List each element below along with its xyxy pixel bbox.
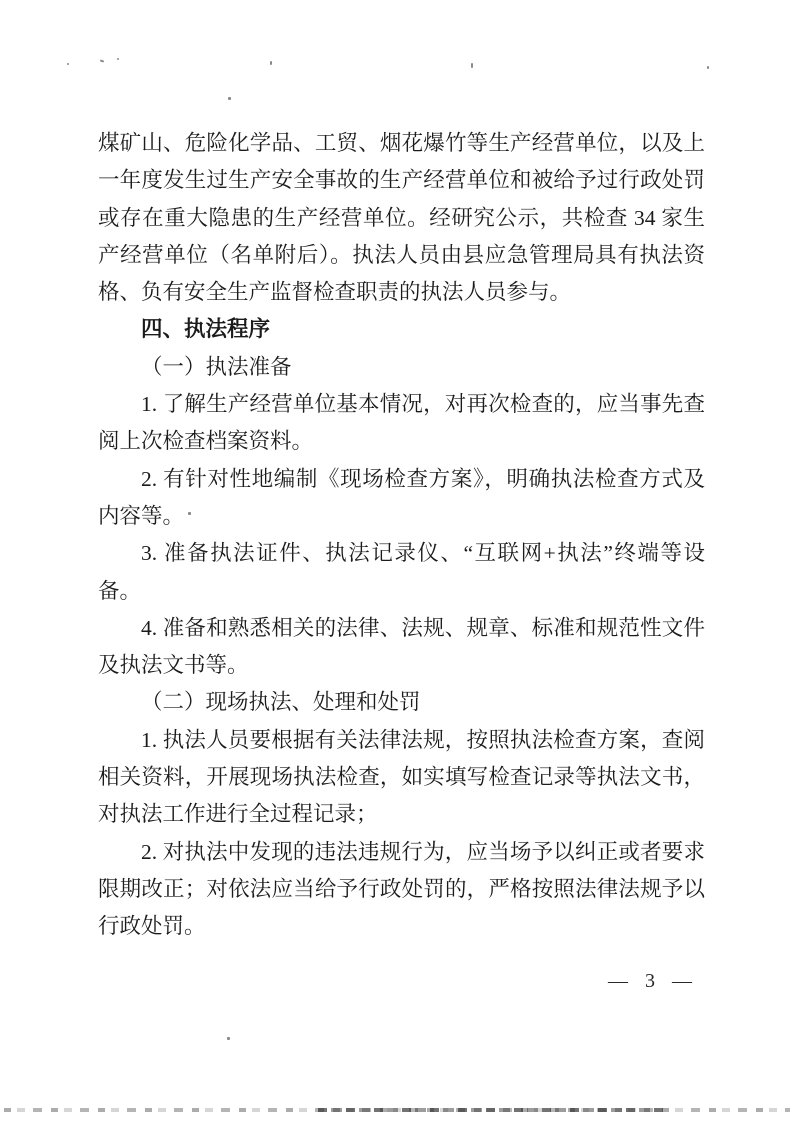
scan-speck bbox=[707, 66, 709, 69]
list-item-onsite-1: 1. 执法人员要根据有关法律法规，按照执法检查方案，查阅相关资料，开展现场执法检… bbox=[98, 722, 705, 834]
list-item-prep-1: 1. 了解生产经营单位基本情况，对再次检查的，应当事先查阅上次检查档案资料。 bbox=[98, 386, 705, 461]
scan-speck bbox=[188, 512, 191, 515]
page-number: — 3 — bbox=[608, 970, 693, 993]
scan-noise-line-dark bbox=[318, 1108, 663, 1112]
scan-speck bbox=[270, 61, 272, 65]
scan-speck bbox=[227, 1037, 230, 1040]
list-item-onsite-2: 2. 对执法中发现的违法违规行为，应当场予以纠正或者要求限期改正；对依法应当给予… bbox=[98, 834, 705, 946]
scan-speck bbox=[67, 63, 69, 65]
scan-speck bbox=[117, 58, 119, 60]
document-body: 煤矿山、危险化学品、工贸、烟花爆竹等生产经营单位，以及上一年度发生过生产安全事故… bbox=[98, 125, 705, 946]
list-item-prep-3: 3. 准备执法证件、执法记录仪、“互联网+执法”终端等设备。 bbox=[98, 535, 705, 610]
list-item-prep-4: 4. 准备和熟悉相关的法律、法规、规章、标准和规范性文件及执法文书等。 bbox=[98, 610, 705, 685]
paragraph-continuation: 煤矿山、危险化学品、工贸、烟花爆竹等生产经营单位，以及上一年度发生过生产安全事故… bbox=[98, 125, 705, 311]
scan-speck bbox=[471, 63, 473, 68]
scan-speck bbox=[228, 97, 231, 100]
subsection-heading-onsite-enforcement: （二）现场执法、处理和处罚 bbox=[98, 684, 705, 721]
subsection-heading-preparation: （一）执法准备 bbox=[98, 349, 705, 386]
section-heading-enforcement-procedure: 四、执法程序 bbox=[98, 311, 705, 348]
scan-speck bbox=[100, 59, 104, 62]
list-item-prep-2: 2. 有针对性地编制《现场检查方案》，明确执法检查方式及内容等。 bbox=[98, 461, 705, 536]
